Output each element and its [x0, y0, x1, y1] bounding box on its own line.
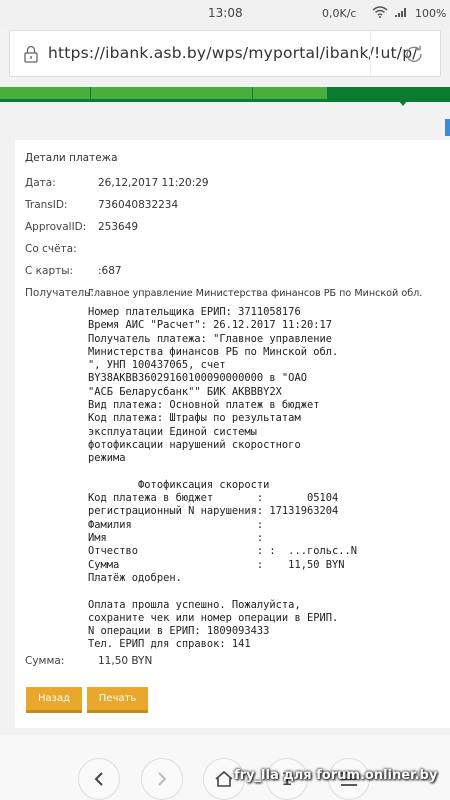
side-tab[interactable]: [445, 119, 450, 136]
field-value: :687: [98, 265, 122, 277]
field-label: ApprovalID:: [25, 221, 86, 233]
field-label: Получатель:: [25, 287, 94, 299]
active-indicator: [398, 100, 408, 106]
chevron-right-icon: [155, 771, 169, 787]
page-title: Детали платежа: [25, 152, 118, 164]
nav-segment-1[interactable]: [0, 87, 90, 99]
status-bar: 13:08 0,0K/c 100%: [0, 0, 450, 28]
print-button[interactable]: Печать: [87, 687, 148, 713]
field-label: Дата:: [25, 177, 56, 189]
field-label: Сумма:: [25, 655, 64, 667]
field-value: 26,12,2017 11:20:29: [98, 177, 209, 189]
back-button[interactable]: Назад: [26, 687, 82, 713]
chevron-left-icon: [92, 771, 106, 787]
reload-icon[interactable]: [404, 44, 424, 64]
field-value: 11,50 BYN: [98, 655, 152, 667]
field-label: Со счёта:: [25, 243, 77, 255]
field-value: 736040832234: [98, 199, 178, 211]
divider: [370, 31, 371, 76]
back-nav-button[interactable]: [78, 758, 120, 800]
nav-segment-2[interactable]: [91, 87, 252, 99]
field-label: С карты:: [25, 265, 73, 277]
field-label: TransID:: [25, 199, 67, 211]
forward-nav-button[interactable]: [141, 758, 183, 800]
status-time: 13:08: [208, 6, 243, 20]
url-text[interactable]: https://ibank.asb.by/wps/myportal/ibank/…: [48, 44, 418, 62]
battery-level: 100%: [415, 7, 446, 20]
bank-nav-bar: [0, 87, 450, 102]
payment-details-card: Детали платежа Дата: 26,12,2017 11:20:29…: [15, 140, 450, 728]
field-value: Главное управление Министерства финансов…: [88, 288, 422, 299]
receipt-text: Номер плательщика ЕРИП: 3711058176 Время…: [88, 306, 357, 652]
network-speed: 0,0K/c: [322, 7, 356, 20]
wifi-icon: [372, 6, 388, 18]
signal-icon: [395, 7, 409, 17]
nav-segment-3[interactable]: [253, 87, 327, 99]
home-icon: [214, 770, 234, 788]
lock-icon: [24, 45, 38, 63]
watermark: fry_lla для forum.onliner.by: [234, 768, 437, 783]
field-value: 253649: [98, 221, 138, 233]
address-bar[interactable]: https://ibank.asb.by/wps/myportal/ibank/…: [9, 30, 441, 77]
